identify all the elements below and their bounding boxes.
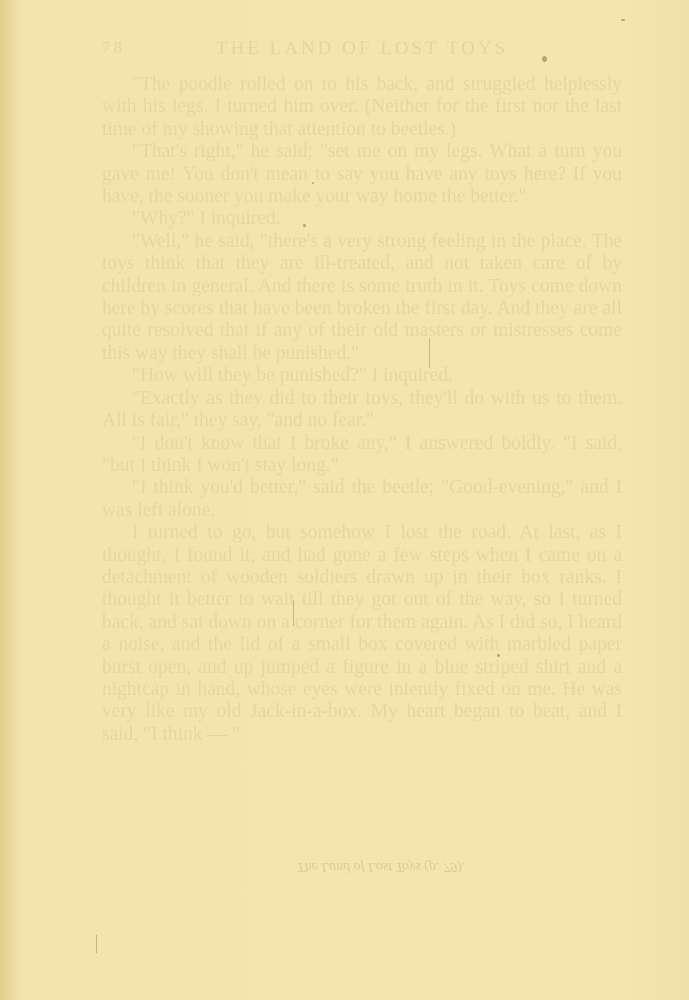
paper-mark	[293, 600, 294, 626]
running-head: 78 THE LAND OF LOST TOYS	[102, 38, 622, 68]
paper-mark	[429, 338, 430, 368]
book-page: 78 THE LAND OF LOST TOYS "The poodle rol…	[0, 0, 689, 1000]
paragraph: "That's right," he said; "set me on my l…	[102, 141, 622, 208]
paragraph: "Why?" I inquired.	[102, 208, 622, 230]
paragraph: "The poodle rolled on to his back, and s…	[102, 74, 622, 141]
paper-mark	[96, 935, 97, 953]
bleed-through-text: 78 THE LAND OF LOST TOYS "The poodle rol…	[102, 38, 622, 746]
paragraph: "I don't know that I broke any," I answe…	[102, 433, 622, 478]
paper-speck	[312, 182, 314, 184]
page-number: 78	[102, 38, 125, 58]
paragraph: "Well," he said, "there's a very strong …	[102, 231, 622, 365]
paper-speck	[542, 56, 547, 62]
running-head-title: THE LAND OF LOST TOYS	[216, 38, 508, 59]
mirrored-plate-caption: The Land of Lost Toys (p. 79).	[276, 858, 486, 874]
paper-speck	[497, 654, 500, 657]
gutter-shadow	[0, 0, 18, 1000]
paragraph: I turned to go, but somehow I lost the r…	[102, 522, 622, 746]
paragraph: "I think you'd better," said the beetle;…	[102, 477, 622, 522]
body-text: "The poodle rolled on to his back, and s…	[102, 74, 622, 746]
paper-speck	[621, 19, 625, 21]
paragraph: "How will they be punished?" I inquired.	[102, 365, 622, 387]
paper-speck	[303, 224, 306, 227]
paragraph: "Exactly as they did to their toys, they…	[102, 388, 622, 433]
